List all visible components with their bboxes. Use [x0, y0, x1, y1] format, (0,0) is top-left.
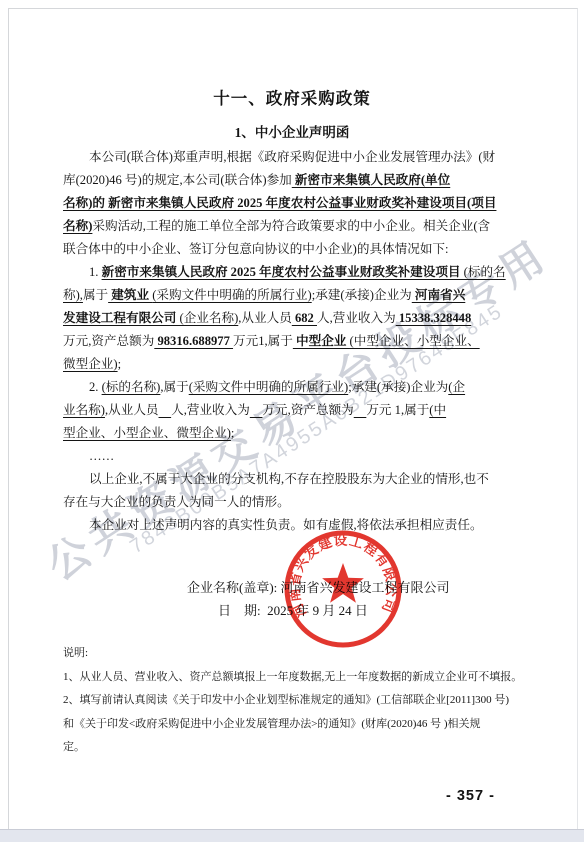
body-text-segment: 万元 1,属于 — [366, 403, 429, 417]
body-line: 库(2020)46 号)的规定,本公司(联合体)参加 新密市来集镇人民政府(单位 — [63, 169, 525, 192]
body-text-segment: ;承建(承接)企业为 — [312, 288, 412, 302]
body-text-segment: 以上企业,不属于大企业的分支机构,不存在控股股东为大企业的情形,也不 — [89, 472, 489, 486]
body-text-segment: 1. — [89, 265, 102, 279]
body-text-segment: 建筑业 — [108, 288, 152, 302]
body-text-segment: 中型企业 — [293, 334, 350, 348]
body-text-segment: 万元1,属于 — [233, 334, 293, 348]
note-line: 定。 — [63, 736, 549, 760]
body-text-segment: 名称) — [63, 219, 92, 233]
body-line: 型企业、小型企业、微型企业); — [63, 422, 525, 445]
body-text-segment: 名称)的 — [63, 196, 105, 210]
body-text-segment: ; — [118, 357, 122, 371]
body-line: 联合体中的中小企业、签订分包意向协议的中小企业)的具体情况如下: — [63, 238, 525, 261]
document-body: 本公司(联合体)郑重声明,根据《政府采购促进中小企业发展管理办法》(财库(202… — [63, 146, 525, 537]
body-text-segment: (采购文件中明确的所属行业) — [189, 380, 349, 394]
body-text-segment: (采购文件中明确的所属行业) — [152, 288, 312, 302]
body-text-segment: ,属于 — [160, 380, 188, 394]
body-text-segment: ,从业人员 — [238, 311, 292, 325]
body-line: 存在与大企业的负责人为同一人的情形。 — [63, 491, 525, 514]
body-text-segment — [159, 403, 172, 417]
body-text-segment: 人,营业收入为 — [317, 311, 396, 325]
body-text-segment: 库(2020)46 号)的规定,本公司(联合体)参加 — [63, 173, 292, 187]
body-text-segment: ; — [231, 426, 235, 440]
company-seal: 河南省兴发建设工程有限公司 — [283, 529, 403, 649]
body-line: 1. 新密市来集镇人民政府 2025 年度农村公益事业财政奖补建设项目 (标的名 — [63, 261, 525, 284]
body-text-segment: 新密市来集镇人民政府 2025 年度农村公益事业财政奖补建设项目(项目 — [105, 196, 496, 210]
body-text-segment: (中型企业、小型企业、 — [350, 334, 480, 348]
body-text-segment: 业名称) — [63, 403, 105, 417]
body-text-segment: (标的名 — [461, 265, 506, 279]
note-line: 2、填写前请认真阅读《关于印发中小企业划型标准规定的通知》(工信部联企业[201… — [63, 689, 549, 713]
body-text-segment: 采购活动,工程的施工单位全部为符合政策要求的中小企业。相关企业(含 — [92, 219, 490, 233]
body-text-segment: (标的名称) — [102, 380, 161, 394]
section-title: 十一、政府采购政策 — [0, 85, 584, 109]
body-text-segment: 型企业、小型企业、微型企业) — [63, 426, 231, 440]
body-line: 名称)采购活动,工程的施工单位全部为符合政策要求的中小企业。相关企业(含 — [63, 215, 525, 238]
body-text-segment: 98316.688977 — [154, 334, 233, 348]
body-line: 万元,资产总额为 98316.688977 万元1,属于 中型企业 (中型企业、… — [63, 330, 525, 353]
body-text-segment — [354, 403, 367, 417]
star-icon — [322, 563, 364, 603]
body-text-segment: …… — [89, 449, 114, 463]
body-text-segment: 万元,资产总额为 — [262, 403, 353, 417]
body-line: 名称)的 新密市来集镇人民政府 2025 年度农村公益事业财政奖补建设项目(项目 — [63, 192, 525, 215]
body-line: 2. (标的名称),属于(采购文件中明确的所属行业);承建(承接)企业为(企 — [63, 376, 525, 399]
body-line: 称),属于 建筑业 (采购文件中明确的所属行业);承建(承接)企业为 河南省兴 — [63, 284, 525, 307]
notes-block: 说明: 1、从业人员、营业收入、资产总额填报上一年度数据,无上一年度数据的新成立… — [63, 642, 549, 760]
body-text-segment: 微型企业) — [63, 357, 118, 371]
body-text-segment — [250, 403, 263, 417]
body-text-segment: (中 — [429, 403, 446, 417]
body-line: 以上企业,不属于大企业的分支机构,不存在控股股东为大企业的情形,也不 — [63, 468, 525, 491]
body-text-segment: 15338.328448 — [396, 311, 472, 325]
body-line: 发建设工程有限公司 (企业名称),从业人员 682 人,营业收入为 15338.… — [63, 307, 525, 330]
body-text-segment: (企 — [448, 380, 465, 394]
body-text-segment: 人,营业收入为 — [171, 403, 250, 417]
body-text-segment: 河南省兴 — [412, 288, 466, 302]
body-text-segment: 2. — [89, 380, 102, 394]
body-line: 业名称),从业人员 人,营业收入为 万元,资产总额为 万元 1,属于(中 — [63, 399, 525, 422]
body-text-segment: 发建设工程有限公司 — [63, 311, 180, 325]
body-text-segment: ;承建(承接)企业为 — [348, 380, 448, 394]
body-text-segment: 万元,资产总额为 — [63, 334, 154, 348]
body-text-segment: 存在与大企业的负责人为同一人的情形。 — [63, 495, 290, 509]
body-text-segment: ,从业人员 — [105, 403, 159, 417]
note-line: 1、从业人员、营业收入、资产总额填报上一年度数据,无上一年度数据的新成立企业可不… — [63, 666, 549, 690]
body-text-segment: 本公司(联合体)郑重声明,根据《政府采购促进中小企业发展管理办法》(财 — [89, 150, 495, 164]
body-text-segment: 属于 — [83, 288, 108, 302]
document-title: 1、中小企业声明函 — [0, 121, 584, 141]
note-line: 和《关于印发<政府采购促进中小企业发展管理办法>的通知》(财库(2020)46 … — [63, 713, 549, 737]
body-text-segment: 称), — [63, 288, 83, 302]
body-text-segment: 新密市来集镇人民政府(单位 — [292, 173, 450, 187]
viewer-bottom-strip — [0, 829, 584, 842]
body-text-segment: 新密市来集镇人民政府 2025 年度农村公益事业财政奖补建设项目 — [102, 265, 461, 279]
body-text-segment: (企业名称) — [180, 311, 239, 325]
body-line: 本公司(联合体)郑重声明,根据《政府采购促进中小企业发展管理办法》(财 — [63, 146, 525, 169]
body-line: …… — [63, 445, 525, 468]
body-text-segment: 682 — [292, 311, 317, 325]
body-line: 微型企业); — [63, 353, 525, 376]
page-number: - 357 - — [446, 788, 495, 804]
body-text-segment: 联合体中的中小企业、签订分包意向协议的中小企业)的具体情况如下: — [63, 242, 449, 256]
